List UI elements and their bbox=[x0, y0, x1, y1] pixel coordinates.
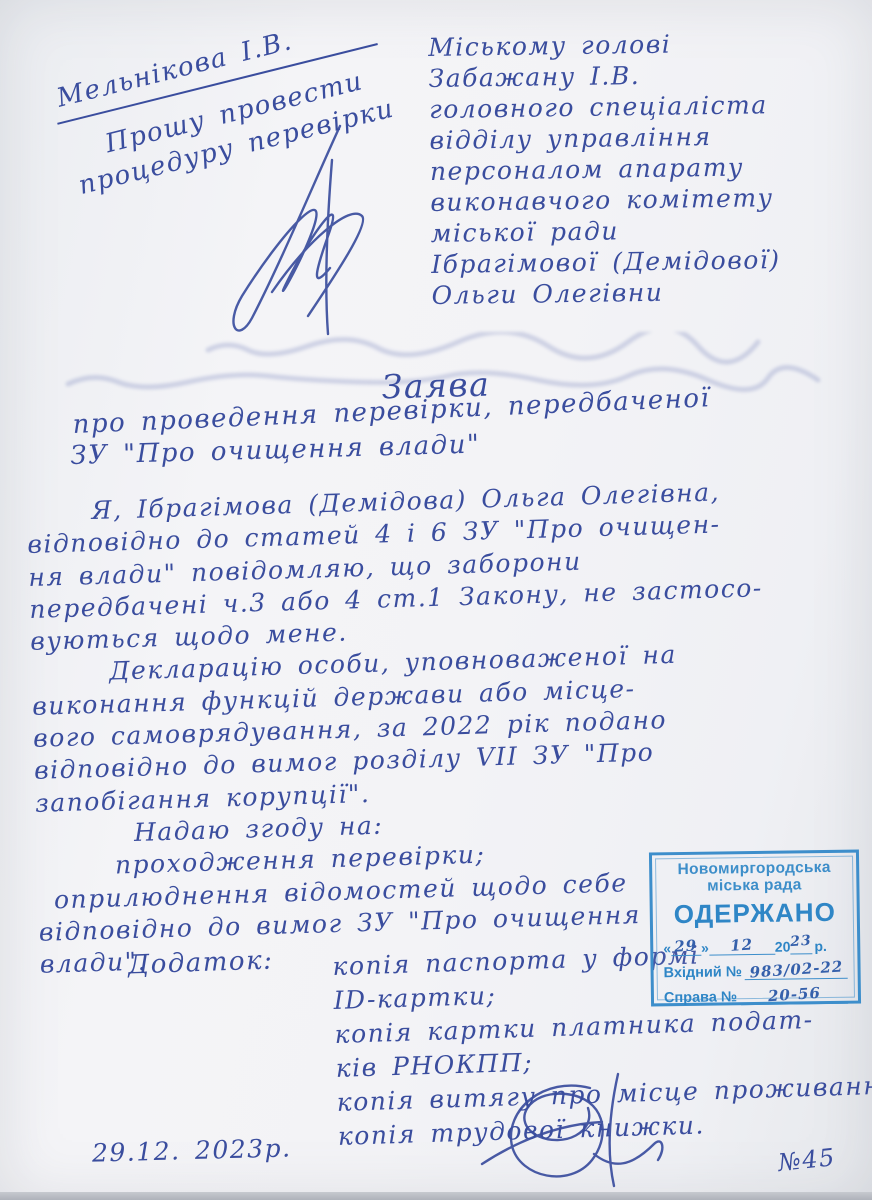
stamp-org-line-2: міська рада bbox=[662, 876, 846, 896]
stamp-incoming-line: Вхідний №983/02-22 bbox=[663, 960, 847, 982]
scanner-edge bbox=[0, 1192, 872, 1200]
stamp-quote-open: « bbox=[663, 940, 671, 956]
stamp-case-value: 20-56 bbox=[767, 984, 821, 1005]
addressee-line: Міському голові bbox=[428, 27, 778, 63]
applicant-signature bbox=[462, 1068, 682, 1198]
addressee-line: Забажану І.В. bbox=[428, 58, 778, 94]
received-stamp-inner: Новомиргородська міська рада ОДЕРЖАНО «2… bbox=[655, 856, 855, 1001]
addressee-line: Ібрагімової (Демідової) bbox=[431, 244, 781, 280]
addressee-line: головного спеціаліста bbox=[429, 89, 779, 125]
stamp-date-line: «29»122023р. bbox=[663, 935, 847, 957]
stamp-date-month: 12 bbox=[730, 935, 754, 954]
received-stamp: Новомиргородська міська рада ОДЕРЖАНО «2… bbox=[649, 850, 861, 1007]
stamp-year-printed: 20 bbox=[775, 939, 791, 955]
addressee-line: виконавчого комітету bbox=[430, 182, 780, 218]
stamp-incoming-label: Вхідний № bbox=[664, 964, 743, 981]
stamp-org-line-1: Новомиргородська bbox=[662, 859, 846, 879]
addressee-line: Ольги Олегівни bbox=[431, 275, 781, 311]
document-date: 29.12. 2023р. bbox=[92, 1133, 292, 1167]
resolution-signature bbox=[212, 120, 382, 350]
attachments-label: Додаток: bbox=[128, 945, 274, 980]
stamp-received-label: ОДЕРЖАНО bbox=[663, 897, 847, 931]
addressee-line: міської ради bbox=[431, 213, 781, 249]
document-number: №45 bbox=[777, 1143, 837, 1177]
addressee-line: відділу управління bbox=[429, 120, 779, 156]
stamp-case-label: Справа № bbox=[664, 989, 737, 1006]
scanned-document-page: Мельнікова І.В. Прошу провести процедуру… bbox=[0, 0, 872, 1200]
stamp-case-line: Справа №20-56 bbox=[664, 985, 848, 1007]
stamp-year-written: 23 bbox=[790, 933, 812, 950]
stamp-quote-close: » bbox=[701, 940, 709, 956]
stamp-date-day: 29 bbox=[674, 936, 698, 955]
addressee-block: Міському голові Забажану І.В. головного … bbox=[428, 27, 781, 311]
stamp-year-suffix: р. bbox=[814, 938, 827, 954]
stamp-incoming-value: 983/02-22 bbox=[749, 957, 844, 981]
addressee-line: персоналом апарату bbox=[430, 151, 780, 187]
